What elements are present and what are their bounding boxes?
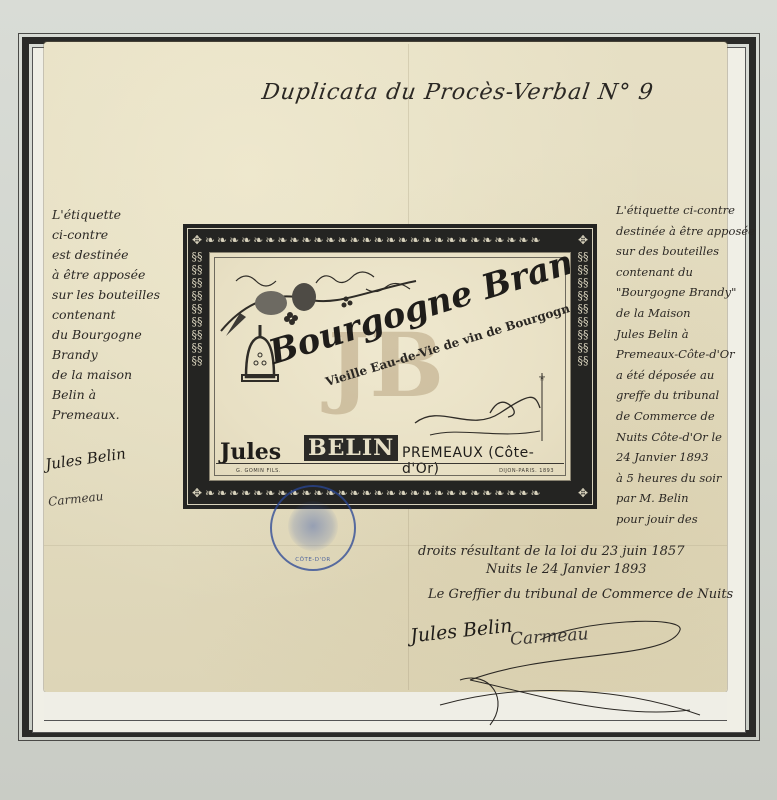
right-note-line: L'étiquette ci-contre [616,200,746,221]
right-note-line: 24 Janvier 1893 [616,447,746,468]
scroll-border-left: §§§§§§§§§§§§§§§§§§ [190,250,204,484]
right-note-line: de la Maison [616,303,746,324]
right-note-line: Jules Belin à [616,324,746,345]
bottom-text-line: droits résultant de la loi du 23 juin 18… [418,544,684,559]
right-annotation: L'étiquette ci-contre destinée à être ap… [616,200,746,530]
right-note-line: "Bourgogne Brandy" [616,282,746,303]
stamp-emblem-icon [288,501,338,551]
right-note-line: destinée à être apposée [616,221,746,242]
left-note-line: L'étiquette [52,205,170,225]
scroll-border-bottom: ❧❧❧❧❧❧❧❧❧❧❧❧❧❧❧❧❧❧❧❧❧❧❧❧❧❧❧❧ [205,485,577,501]
right-note-line: de Commerce de [616,406,746,427]
printer-city-year: DIJON-PARIS. 1893 [499,468,554,474]
left-note-line: du Bourgogne [52,325,170,345]
right-note-line: pour jouir des [616,509,746,530]
left-note-line: est destinée [52,245,170,265]
right-note-line: greffe du tribunal [616,385,746,406]
producer-first-name: Jules [220,439,281,465]
flourish-ornament-icon: ⚜ [410,373,550,443]
right-note-line: Nuits Côte-d'Or le [616,427,746,448]
corner-ornament-icon: ✥ [576,233,590,247]
left-note-line: à être apposée [52,265,170,285]
svg-text:⚜: ⚜ [538,374,546,384]
corner-ornament-icon: ✥ [576,486,590,500]
bottom-text-line: Le Greffier du tribunal de Commerce de N… [428,587,733,602]
left-note-line: contenant [52,305,170,325]
left-note-line: Belin à [52,385,170,405]
right-note-line: a été déposée au [616,365,746,386]
stamp-text: CÔTE-D'OR [272,557,354,563]
bottom-text-line: Nuits le 24 Janvier 1893 [486,562,647,577]
right-note-line: Premeaux-Côte-d'Or [616,344,746,365]
left-note-line: sur les bouteilles [52,285,170,305]
left-note-line: ci-contre [52,225,170,245]
scroll-border-right: §§§§§§§§§§§§§§§§§§ [576,250,590,484]
scroll-border-top: ❧❧❧❧❧❧❧❧❧❧❧❧❧❧❧❧❧❧❧❧❧❧❧❧❧❧❧❧ [205,232,577,248]
corner-ornament-icon: ✥ [190,486,204,500]
right-note-line: par M. Belin [616,488,746,509]
label-rule [216,463,564,464]
brandy-label: ✥ ✥ ✥ ✥ ❧❧❧❧❧❧❧❧❧❧❧❧❧❧❧❧❧❧❧❧❧❧❧❧❧❧❧❧ ❧❧❧… [183,224,597,509]
printer-credit: G. GOMIN FILS. [236,468,281,474]
producer-last-name: BELIN [304,435,398,461]
signature-paraph-icon [430,620,720,730]
right-note-line: contenant du [616,262,746,283]
corner-ornament-icon: ✥ [190,233,204,247]
left-note-line: Premeaux. [52,405,170,425]
tribunal-stamp: CÔTE-D'OR [270,485,356,571]
label-field: JB Bourgogne Brandy Vieille Eau-de-Vie d… [209,252,571,481]
right-note-line: à 5 heures du soir [616,468,746,489]
document-heading: Duplicata du Procès-Verbal N° 9 [260,80,655,105]
left-note-line: de la maison [52,365,170,385]
left-note-line: Brandy [52,345,170,365]
left-annotation: L'étiquette ci-contre est destinée à êtr… [52,205,170,425]
right-note-line: sur des bouteilles [616,241,746,262]
